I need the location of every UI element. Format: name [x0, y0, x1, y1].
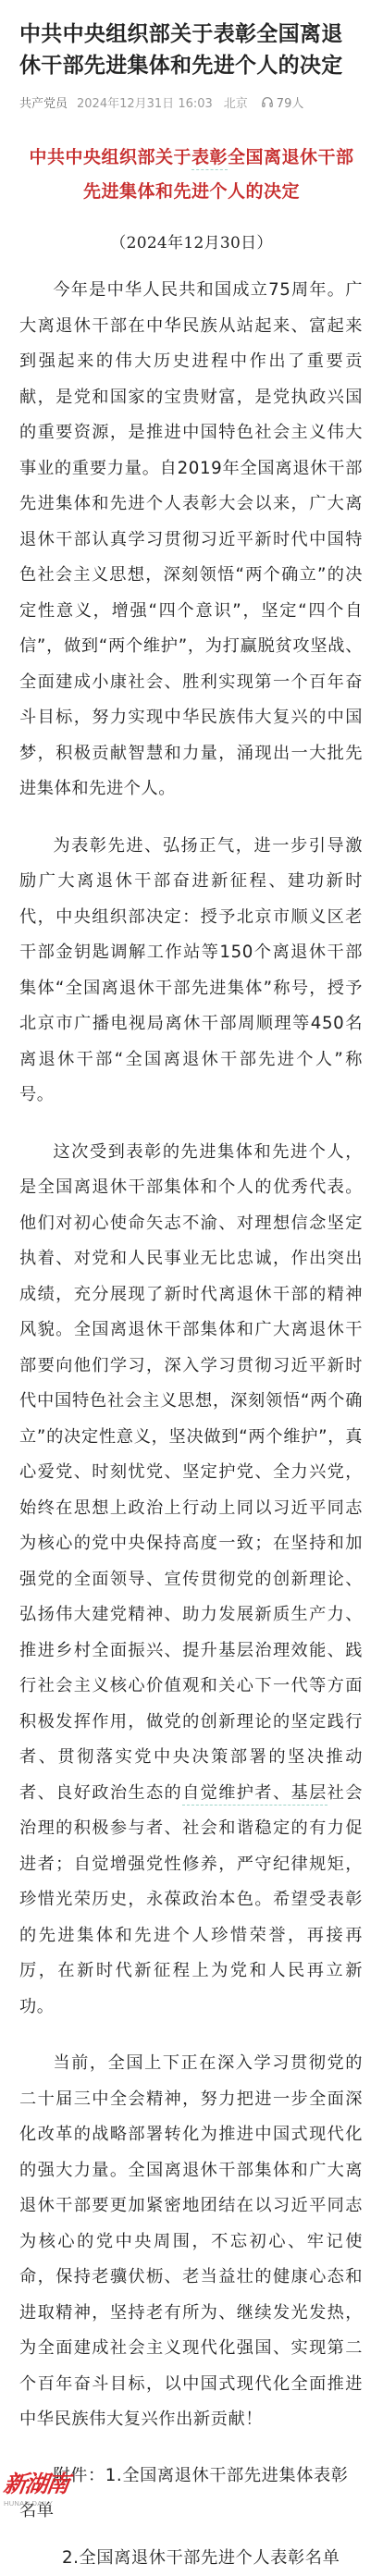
paragraph-1: 今年是中华人民共和国成立75周年。广大离退休干部在中华民族从站起来、富起来到强起… [19, 273, 363, 807]
paragraph-2: 为表彰先进、弘扬正气，进一步引导激励广大离退休干部奋进新征程、建功新时代，中央组… [19, 829, 363, 1114]
attachments: 附件：1.全国离退休干部先进集体表彰名单 2.全国离退休干部先进个人表彰名单 [19, 2459, 363, 2576]
paragraph-text: 当前，全国上下正在深入学习贯彻党的二十届三中全会精神，努力把进一步全面深化改革的… [19, 2053, 363, 2429]
article-body: 今年是中华人民共和国成立75周年。广大离退休干部在中华民族从站起来、富起来到强起… [0, 273, 383, 2576]
publish-time: 2024年12月31日 16:03 [77, 93, 213, 111]
paragraph-text: 为表彰先进、弘扬正气，进一步引导激励广大离退休干部奋进新征程、建功新时代，中央组… [19, 836, 363, 1105]
listen-button[interactable]: 79人 [261, 93, 304, 111]
doc-title-part1: 中共中央组织部关于 [29, 147, 191, 167]
paragraph-3: 这次受到表彰的先进集体和先进个人，是全国离退休干部集体和个人的优秀代表。他们对初… [19, 1135, 363, 2026]
attachment-label: 附件： [53, 2466, 105, 2485]
paragraph-text: 这次受到表彰的先进集体和先进个人，是全国离退休干部集体和个人的优秀代表。他们对初… [19, 1142, 363, 1803]
article-meta: 共产党员 2024年12月31日 16:03 北京 79人 [19, 91, 363, 113]
publish-location: 北京 [224, 93, 248, 111]
paragraph-text: 社会治理的积极参与者、社会和谐稳定的有力促进者；自觉增强党性修养，严守纪律规矩，… [19, 1783, 363, 2016]
article-header: 中共中央组织部关于表彰全国离退休干部先进集体和先进个人的决定 共产党员 2024… [0, 0, 383, 113]
annotated-term-link[interactable]: 自觉维护者、基层 [182, 1783, 327, 1806]
listener-count: 79人 [277, 93, 304, 111]
source-account[interactable]: 共产党员 [19, 93, 68, 111]
document-title: 中共中央组织部关于表彰全国离退休干部先进集体和先进个人的决定 [20, 141, 363, 209]
doc-title-annotated-term[interactable]: 表彰 [191, 147, 228, 170]
attachment-item-1: 附件：1.全国离退休干部先进集体表彰名单 [19, 2459, 363, 2530]
document-date: （2024年12月30日） [0, 229, 383, 253]
paragraph-4: 当前，全国上下正在深入学习贯彻党的二十届三中全会精神，努力把进一步全面深化改革的… [19, 2046, 363, 2438]
paragraph-text: 今年是中华人民共和国成立75周年。广大离退休干部在中华民族从站起来、富起来到强起… [19, 280, 363, 798]
article-title: 中共中央组织部关于表彰全国离退休干部先进集体和先进个人的决定 [19, 18, 363, 81]
headphones-icon [261, 95, 274, 108]
attachment-item-2: 2.全国离退休干部先进个人表彰名单 [19, 2541, 363, 2576]
